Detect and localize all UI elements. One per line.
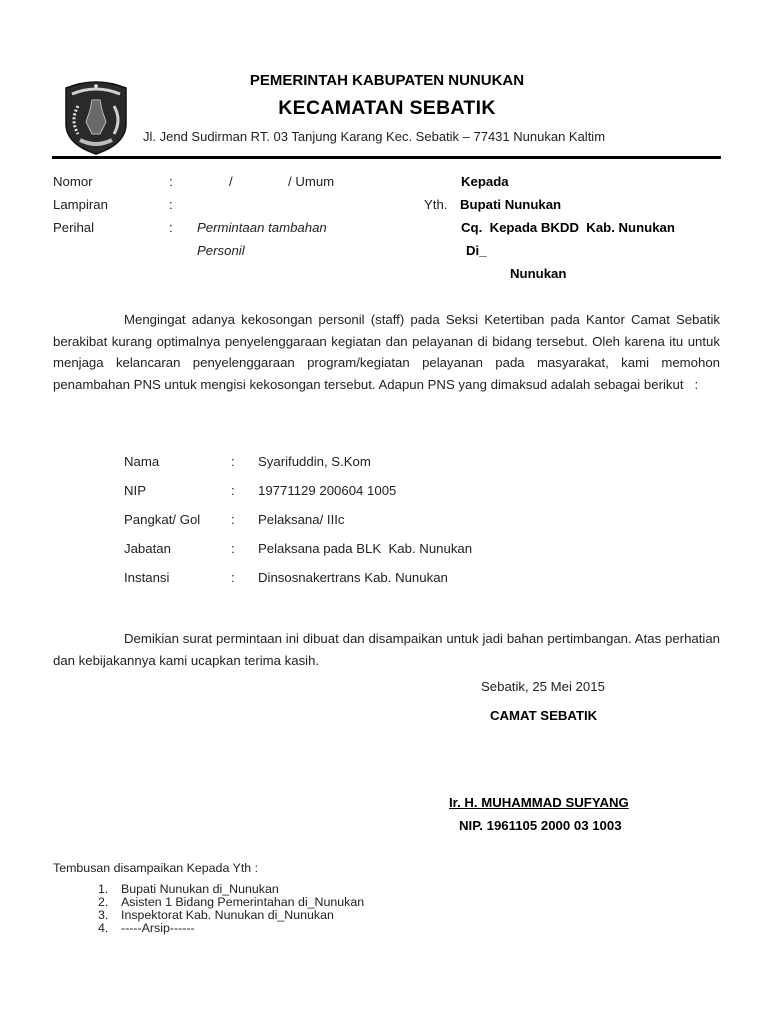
letterhead-address: Jl. Jend Sudirman RT. 03 Tanjung Karang … [143,129,605,144]
detail-label-instansi: Instansi [124,570,169,585]
recipient-line4: Nunukan [510,266,566,281]
perihal-value-line1: Permintaan tambahan [197,220,327,235]
detail-label-nama: Nama [124,454,159,469]
detail-colon-nip: : [231,483,235,498]
recipient-line2: Cq. Kepada BKDD Kab. Nunukan [461,220,675,235]
detail-value-nip: 19771129 200604 1005 [258,483,396,498]
recipient-yth: Yth. [424,197,447,212]
body-paragraph-2: Demikian surat permintaan ini dibuat dan… [53,628,720,671]
detail-value-jabatan: Pelaksana pada BLK Kab. Nunukan [258,541,472,556]
detail-value-instansi: Dinsosnakertrans Kab. Nunukan [258,570,448,585]
lampiran-colon: : [169,197,173,212]
signature-place-date: Sebatik, 25 Mei 2015 [481,679,605,694]
body-paragraph-2-text: Demikian surat permintaan ini dibuat dan… [53,628,720,671]
nomor-label: Nomor [53,174,93,189]
perihal-label: Perihal [53,220,94,235]
detail-label-nip: NIP [124,483,146,498]
body-paragraph-1-text: Mengingat adanya kekosongan personil (st… [53,309,720,395]
detail-value-pangkat: Pelaksana/ IIIc [258,512,345,527]
recipient-kepada: Kepada [461,174,509,189]
cc-heading: Tembusan disampaikan Kepada Yth : [53,862,258,875]
nomor-slash: / [229,174,233,189]
detail-colon-nama: : [231,454,235,469]
lampiran-label: Lampiran [53,197,108,212]
body-paragraph-1: Mengingat adanya kekosongan personil (st… [53,309,720,395]
detail-colon-instansi: : [231,570,235,585]
perihal-colon: : [169,220,173,235]
perihal-value-line2: Personil [197,243,245,258]
detail-colon-pangkat: : [231,512,235,527]
cc-item-4-number: 4. [98,922,108,935]
signature-name: Ir. H. MUHAMMAD SUFYANG [449,795,629,810]
detail-label-pangkat: Pangkat/ Gol [124,512,200,527]
signature-title: CAMAT SEBATIK [490,708,597,723]
nomor-colon: : [169,174,173,189]
recipient-line3: Di_ [466,243,487,258]
nomor-value: / Umum [288,174,334,189]
detail-label-jabatan: Jabatan [124,541,171,556]
letterhead-divider [52,156,721,159]
letterhead-office-name: KECAMATAN SEBATIK [0,97,768,120]
signature-nip: NIP. 1961105 2000 03 1003 [459,818,622,833]
cc-item-4-text: -----Arsip------ [121,922,195,935]
detail-value-nama: Syarifuddin, S.Kom [258,454,371,469]
detail-colon-jabatan: : [231,541,235,556]
recipient-line1: Bupati Nunukan [460,197,561,212]
letterhead-government-name: PEMERINTAH KABUPATEN NUNUKAN [0,72,768,89]
